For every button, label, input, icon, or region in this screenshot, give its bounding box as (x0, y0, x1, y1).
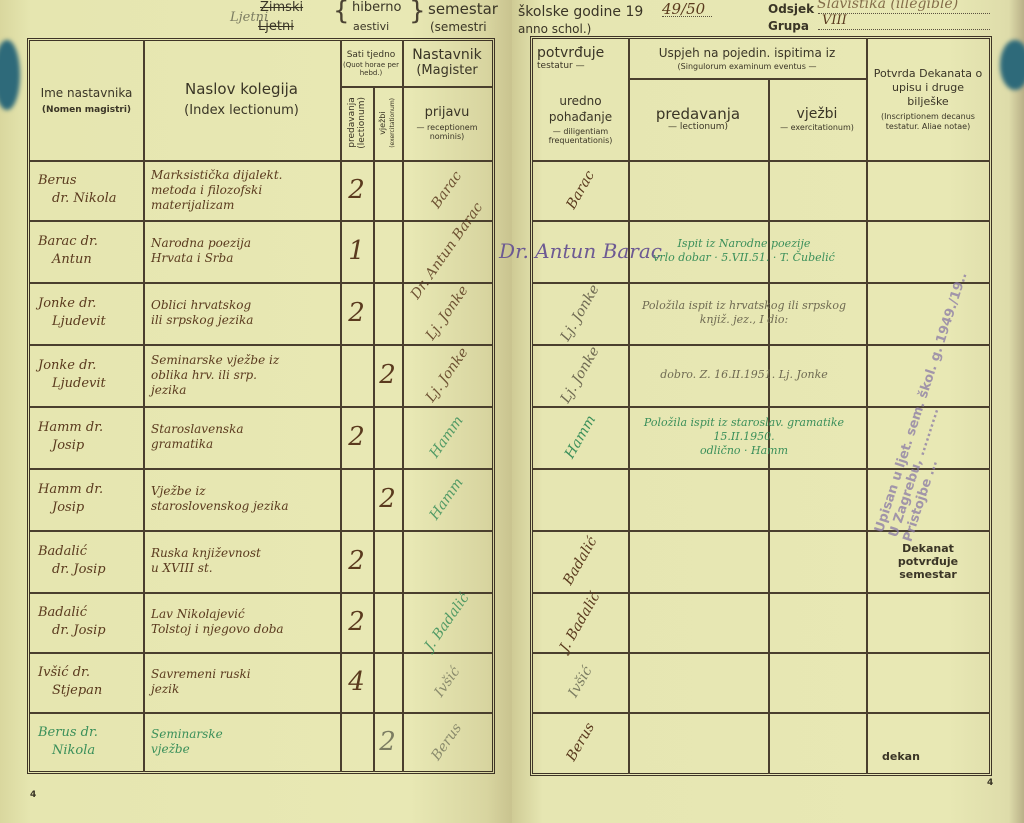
exam-result (628, 652, 866, 712)
header-cell: uredno pohađanje— diligentiam frequentat… (533, 78, 628, 160)
signature: J. Badalić (557, 589, 604, 654)
header-vjezbi-latin: — exercitationum) (780, 122, 854, 133)
exercise-hours (373, 652, 402, 712)
course-title-line: Ruska književnost (151, 546, 261, 561)
registration-signature: Lj. Jonke (402, 344, 492, 406)
dean-signature-label: dekan (882, 751, 920, 762)
header-prijavu-latin: — receptionem nominis) (402, 123, 492, 141)
exam-result: Položila ispit iz hrvatskog ili srpskog … (628, 282, 866, 344)
table-row: Hamm dr.JosipStaroslavenskagramatika2Ham… (30, 406, 492, 468)
exercise-hours: 2 (373, 712, 402, 772)
teacher-name-line: Nikola (38, 742, 95, 760)
course-title-line: jezika (151, 383, 186, 398)
teacher-name-line: Barac dr. (38, 233, 98, 251)
course-title: Marksistička dijalekt.metoda i filozofsk… (143, 160, 340, 220)
course-title: Narodna poezijaHrvata i Srba (143, 220, 340, 282)
header-ime: Ime nastavnika (41, 85, 133, 101)
signature: Badalić (560, 534, 600, 588)
header-potvrduje: potvrđuje (537, 45, 604, 61)
course-title-line: metoda i filozofski (151, 183, 262, 198)
teacher-name-line: Berus dr. (38, 724, 98, 742)
signature: Hamm (562, 413, 599, 462)
teacher-name: Barac dr.Antun (30, 220, 143, 282)
exam-result (628, 468, 866, 530)
page-number-right: 4 (987, 778, 993, 788)
table-row: Dr. Antun BaracIspit iz Narodne poezijev… (533, 220, 990, 282)
attendance-signature: Dr. Antun Barac (533, 220, 628, 282)
course-title: Seminarske vježbe izoblika hrv. ili srp.… (143, 344, 340, 406)
header-vjezbi: vježbi(exercitationum) (378, 98, 398, 148)
exercise-hours-value: 2 (379, 361, 396, 389)
course-title-line: ili srpskog jezika (151, 313, 253, 328)
header-cell: potvrđujetestatur — (533, 38, 628, 78)
table-row: J. Badalić (533, 592, 990, 652)
dotted-line (818, 29, 990, 30)
exercise-hours: 2 (373, 468, 402, 530)
header-predavanja: predavanja (656, 106, 740, 122)
semestar-latin: (semestri (430, 20, 487, 34)
lecture-hours-value: 4 (348, 668, 365, 696)
lecture-hours-value: 2 (348, 423, 365, 451)
brace-right: } (409, 0, 426, 26)
course-title-line: vježbe (151, 742, 190, 757)
exam-exercises-note: vrlo dobar · 5.VII.51. · T. Čubelić (634, 251, 854, 265)
course-title-line: staroslovenskog jezika (151, 499, 288, 514)
teacher-name-line: Berus (38, 172, 77, 190)
table-row: Badalićdr. JosipLav NikolajevićTolstoj i… (30, 592, 492, 652)
header-prijavu: prijavu (425, 105, 470, 121)
table-row: Berusdr. NikolaMarksistička dijalekt.met… (30, 160, 492, 220)
header-cell: vježbi— exercitationum) (768, 78, 866, 160)
registration-signature (402, 530, 492, 592)
page-number-left: 4 (30, 790, 36, 800)
header-sati: Sati tjedno (347, 50, 396, 61)
teacher-name: Hamm dr.Josip (30, 468, 143, 530)
odsjek-value: Slavistika (illegible) (817, 0, 958, 12)
signature: Lj. Jonke (558, 344, 603, 406)
registration-signature: J. Badalić (402, 592, 492, 652)
exam-lectures-note: Ispit iz Narodne poezije (634, 237, 854, 251)
course-title: Lav NikolajevićTolstoj i njegovo doba (143, 592, 340, 652)
header-cell: prijavu— receptionem nominis) (402, 86, 492, 160)
table-row: Barac (533, 160, 990, 220)
header-potvrda: Potvrda Dekanata o upisu i druge bilješk… (872, 67, 984, 109)
teacher-name: Berusdr. Nikola (30, 160, 143, 220)
registration-signature: Berus (402, 712, 492, 772)
attendance-signature (533, 468, 628, 530)
grupa-value: VIII (822, 13, 847, 28)
header-naslov-latin: (Index lectionum) (184, 103, 299, 119)
exam-result (628, 160, 866, 220)
course-title-line: Savremeni ruski (151, 667, 251, 682)
teacher-name-line: Jonke dr. (38, 357, 96, 375)
course-title-line: Tolstoj i njegovo doba (151, 622, 284, 637)
teacher-name-line: Jonke dr. (38, 295, 96, 313)
teacher-name-line: Antun (38, 251, 92, 269)
course-title-line: Seminarske vježbe iz (151, 353, 279, 368)
teacher-name-line: Hamm dr. (38, 481, 103, 499)
header-uredno-latin: — diligentiam frequentationis) (533, 127, 628, 145)
course-title-line: Hrvata i Srba (151, 251, 233, 266)
exam-result: Ispit iz Narodne poezijevrlo dobar · 5.V… (628, 220, 866, 282)
header-cell: Potvrda Dekanata o upisu i druge bilješk… (866, 38, 990, 160)
header-cell: Ime nastavnika(Nomen magistri) (30, 40, 143, 160)
exercise-hours (373, 220, 402, 282)
header-cell: Sati tjedno(Quot horae per hebd.) (340, 40, 402, 86)
course-title-line: materijalizam (151, 198, 234, 213)
course-title-line: Marksistička dijalekt. (151, 168, 282, 183)
lecture-hours-value: 2 (348, 299, 365, 327)
lecture-hours-value: 2 (348, 608, 365, 636)
exam-result (628, 530, 866, 592)
grupa-label: Grupa (768, 19, 809, 33)
exam-lectures-note: Položila ispit iz hrvatskog ili srpskog … (634, 299, 854, 327)
header-predavanja: predavanja(lectionum) (347, 97, 367, 149)
header-predavanja-label: predavanja (347, 98, 357, 149)
teacher-name-line: dr. Josip (38, 561, 106, 579)
exam-result: dobro. Z. 16.II.1951. Lj. Jonke (628, 344, 866, 406)
course-title: Ruska književnostu XVIII st. (143, 530, 340, 592)
attendance-signature: Hamm (533, 406, 628, 468)
exercise-hours: 2 (373, 344, 402, 406)
exam-result (628, 592, 866, 652)
header-cell: vježbi(exercitationum) (373, 86, 402, 160)
header-cell: predavanja— lectionum) (628, 78, 768, 160)
header-cell: Uspjeh na pojedin. ispitima iz(Singuloru… (628, 38, 866, 78)
right-page: školske godine 19 49/50 anno schol.) Ods… (512, 0, 1024, 823)
lecture-hours: 2 (340, 282, 373, 344)
course-title-line: jezik (151, 682, 179, 697)
course-title-line: Vježbe iz (151, 484, 206, 499)
lecture-hours: 1 (340, 220, 373, 282)
header-cell: Dekanat potvrđuje semestar (866, 530, 990, 592)
header-uspjeh-latin: (Singulorum examinum eventus — (678, 61, 817, 72)
lecture-hours (340, 344, 373, 406)
header-nastavnik: Nastavnik (412, 47, 482, 63)
attendance-signature: Berus (533, 712, 628, 772)
lecture-hours: 2 (340, 592, 373, 652)
teacher-name-line: Ljudevit (38, 375, 106, 393)
signature: Lj. Jonke (423, 283, 472, 343)
lecture-hours-value: 2 (348, 176, 365, 204)
lecture-hours-value: 2 (348, 547, 365, 575)
course-title-line: Oblici hrvatskog (151, 298, 251, 313)
teacher-name-line: Stjepan (38, 682, 102, 700)
exam-exercises-note: odlično · Hamm (634, 444, 854, 458)
table-row: Lj. JonkePoložila ispit iz hrvatskog ili… (533, 282, 990, 344)
signature: J. Badalić (421, 590, 472, 653)
school-year-label: školske godine 19 (518, 4, 643, 20)
semestar-label: semestar (428, 0, 498, 18)
course-title-line: gramatika (151, 437, 213, 452)
registration-signature: Hamm (402, 406, 492, 468)
teacher-name-line: dr. Nikola (38, 190, 117, 208)
exercise-hours (373, 530, 402, 592)
attendance-signature: J. Badalić (533, 592, 628, 652)
lecture-hours-value: 1 (348, 237, 365, 265)
table-row: Jonke dr.LjudevitOblici hrvatskogili srp… (30, 282, 492, 344)
signature: Ivšić (565, 664, 595, 701)
ink-stain (1000, 40, 1024, 90)
lecture-hours (340, 468, 373, 530)
course-title-line: oblika hrv. ili srp. (151, 368, 257, 383)
table-row: Ivšić (533, 652, 990, 712)
exercise-hours-value: 2 (379, 728, 396, 756)
term-aestivi: aestivi (353, 20, 389, 33)
course-title-line: Lav Nikolajević (151, 607, 245, 622)
teacher-name-line: Badalić (38, 543, 87, 561)
teacher-name-line: Ljudevit (38, 313, 106, 331)
course-title: Seminarskevježbe (143, 712, 340, 772)
lecture-hours: 2 (340, 160, 373, 220)
signature: Berus (563, 720, 598, 764)
attendance-signature: Barac (533, 160, 628, 220)
signature: Lj. Jonke (558, 282, 603, 344)
course-title: Vježbe izstaroslovenskog jezika (143, 468, 340, 530)
teacher-name: Jonke dr.Ljudevit (30, 282, 143, 344)
course-title: Oblici hrvatskogili srpskog jezika (143, 282, 340, 344)
exam-lectures-note: Položila ispit iz staroslav. gramatike 1… (634, 416, 854, 444)
attendance-signature: Badalić (533, 530, 628, 592)
header-nastavnik-latin: (Magister (416, 63, 477, 79)
header-predavanja-latin: — lectionum) (668, 122, 728, 133)
header-vjezbi-latin: (exercitationum) (389, 98, 396, 148)
exam-lectures-note: dobro. Z. 16.II.1951. Lj. Jonke (634, 368, 854, 382)
exam-result (628, 712, 866, 772)
registration-signature: Ivšić (402, 652, 492, 712)
table-row: Berus dr.NikolaSeminarskevježbe2Berus (30, 712, 492, 772)
table-row: Hamm dr.JosipVježbe izstaroslovenskog je… (30, 468, 492, 530)
exercise-hours (373, 592, 402, 652)
header-cell: predavanja(lectionum) (340, 86, 373, 160)
ink-stain (0, 40, 20, 110)
exercise-hours (373, 406, 402, 468)
lecture-hours: 2 (340, 530, 373, 592)
teacher-name: Berus dr.Nikola (30, 712, 143, 772)
signature: Hamm (427, 475, 467, 523)
odsjek-label: Odsjek (768, 2, 814, 16)
teacher-name-line: Josip (38, 499, 84, 517)
course-title: Savremeni ruskijezik (143, 652, 340, 712)
lecture-hours: 2 (340, 406, 373, 468)
header-vjezbi-label: vježbi (378, 111, 387, 134)
dotted-line (662, 16, 712, 17)
exercise-hours (373, 282, 402, 344)
teacher-name-line: Hamm dr. (38, 419, 103, 437)
header-vjezbi: vježbi (797, 106, 838, 122)
course-title-line: Seminarske (151, 727, 223, 742)
teacher-name: Hamm dr.Josip (30, 406, 143, 468)
attendance-signature: Ivšić (533, 652, 628, 712)
term-zimski: Zimski (260, 0, 303, 15)
teacher-name-line: Badalić (38, 604, 87, 622)
exercise-hours (373, 160, 402, 220)
lecture-hours (340, 712, 373, 772)
header-uspjeh: Uspjeh na pojedin. ispitima iz (659, 45, 836, 61)
header-cell: dekan (866, 712, 990, 772)
term-hiberno: hiberno (352, 0, 401, 15)
header-cell: Naslov kolegija(Index lectionum) (143, 40, 340, 160)
teacher-name-line: Ivšić dr. (38, 664, 90, 682)
teacher-name-line: dr. Josip (38, 622, 106, 640)
brace-left: { (333, 0, 350, 26)
exam-result: Položila ispit iz staroslav. gramatike 1… (628, 406, 866, 468)
teacher-name: Ivšić dr.Stjepan (30, 652, 143, 712)
signature: Barac (563, 168, 598, 212)
course-title-line: u XVIII st. (151, 561, 213, 576)
table-row: Barac dr.AntunNarodna poezijaHrvata i Sr… (30, 220, 492, 282)
table-row: Badalićdr. JosipRuska književnostu XVIII… (30, 530, 492, 592)
teacher-name: Badalićdr. Josip (30, 592, 143, 652)
registration-signature: Lj. Jonke (402, 282, 492, 344)
signature: Berus (429, 720, 466, 763)
table-row: Ivšić dr.StjepanSavremeni ruskijezik4Ivš… (30, 652, 492, 712)
header-naslov: Naslov kolegija (185, 81, 298, 97)
registration-signature: Hamm (402, 468, 492, 530)
header-predavanja-latin: (lectionum) (357, 97, 367, 149)
attendance-signature: Lj. Jonke (533, 282, 628, 344)
teacher-name-line: Josip (38, 437, 84, 455)
header-ime-latin: (Nomen magistri) (42, 105, 131, 116)
term-ljetni: Ljetni (258, 19, 294, 34)
course-title: Staroslavenskagramatika (143, 406, 340, 468)
anno-schol: anno schol.) (518, 22, 591, 36)
attendance-signature: Lj. Jonke (533, 344, 628, 406)
teacher-name: Jonke dr.Ljudevit (30, 344, 143, 406)
header-potvrda-latin: (Inscriptionem decanus testatur. Aliae n… (872, 112, 984, 132)
signature: Barac (429, 168, 466, 211)
header-cell: Nastavnik(Magister (402, 40, 492, 86)
table-row: Jonke dr.LjudevitSeminarske vježbe izobl… (30, 344, 492, 406)
exercise-hours-value: 2 (379, 485, 396, 513)
signature: Ivšić (431, 664, 463, 700)
header-uredno: uredno pohađanje (533, 93, 628, 125)
signature: Hamm (427, 413, 467, 461)
teacher-name: Badalićdr. Josip (30, 530, 143, 592)
lecture-hours: 4 (340, 652, 373, 712)
signature: Lj. Jonke (423, 345, 472, 405)
course-title-line: Narodna poezija (151, 236, 251, 251)
course-title-line: Staroslavenska (151, 422, 244, 437)
left-page: Ljetni Zimski Ljetni { hiberno aestivi }… (0, 0, 512, 823)
header-testatur: testatur — (537, 61, 585, 72)
registration-signature: Dr. Antun Barac (402, 220, 492, 282)
header-sati-latin: (Quot horae per hebd.) (340, 61, 402, 77)
dean-confirm-title: Dekanat potvrđuje semestar (883, 542, 973, 581)
